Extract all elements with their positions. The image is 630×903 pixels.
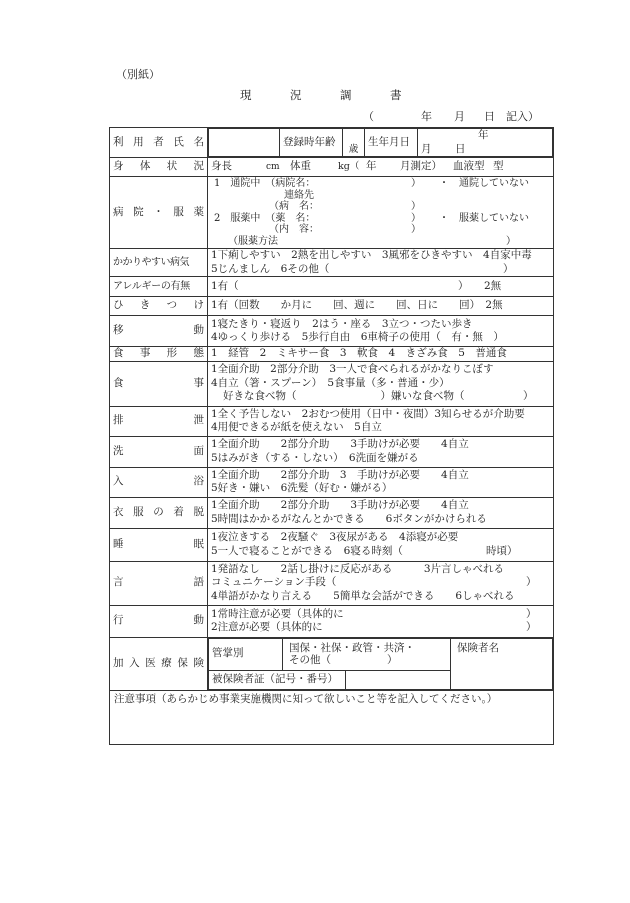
insurance-card-number-field[interactable]: [346, 670, 451, 689]
row-user-name: 利用者氏名 登録時年齢 歳 生年月日 年月日: [110, 128, 554, 158]
label-illness: かかりやすい病気: [110, 249, 208, 277]
title-char: 現: [240, 87, 290, 103]
behavior-field[interactable]: 1常時注意が必要（具体的に） 2注意が必要（具体的に）: [208, 605, 554, 637]
bathing-field[interactable]: 1全面介助 2部分介助 3 手助けが必要 4自立 5好き・嫌い 6洗髪（好む・嫌…: [208, 467, 554, 497]
medication-line: （内 容：）: [214, 224, 550, 236]
status-survey-form: 利用者氏名 登録時年齢 歳 生年月日 年月日 身体状況 身長cm体重kg（年月測…: [109, 127, 554, 745]
label-notes: 注意事項（あらかじめ事業実施機関に知って欲しいこと等を記入してください。）: [114, 693, 497, 705]
label-meal: 食事: [110, 361, 208, 406]
row-behavior: 行動 1常時注意が必要（具体的に） 2注意が必要（具体的に）: [110, 605, 554, 637]
row-bathing: 入浴 1全面介助 2部分介助 3 手助けが必要 4自立 5好き・嫌い 6洗髪（好…: [110, 467, 554, 497]
dressing-field[interactable]: 1全面介助 2部分介助 3手助けが必要 4自立 5時間はかかるがなんとかできる …: [208, 497, 554, 528]
medication-method-line: （服薬方法）: [214, 236, 550, 248]
hospital-field[interactable]: 1 通院中 （病院名：）・ 通院していない 連絡先 （病 名：） 2 服薬中 （…: [208, 177, 554, 249]
label-birth-date: 生年月日: [365, 129, 418, 157]
hospital-line: （病 名：）: [214, 201, 550, 213]
insurance-category-field[interactable]: 国保・社保・政管・共済・ その他（）: [283, 638, 451, 670]
title-char: 書: [390, 87, 440, 103]
row-sleep: 睡眠 1夜泣きする 2夜騒ぐ 3夜尿がある 4添寝が必要 5一人で寝ることができ…: [110, 528, 554, 561]
entry-day[interactable]: 日: [484, 108, 506, 124]
face-wash-field[interactable]: 1全面介助 2部分介助 3手助けが必要 4自立 5はみがき（する・しない） 6洗…: [208, 436, 554, 467]
label-hospital: 病院・服薬: [110, 177, 208, 249]
entry-date-line: （年月日記入）: [363, 108, 539, 124]
label-bathing: 入浴: [110, 467, 208, 497]
hospital-line: 1 通院中 （病院名：）・ 通院していない: [214, 178, 550, 190]
label-sleep: 睡眠: [110, 528, 208, 561]
label-insurance-category: 管掌別: [209, 638, 283, 670]
hospital-line: 連絡先: [214, 190, 550, 202]
label-seizure: ひきつけ: [110, 297, 208, 316]
title-char: 調: [340, 87, 390, 103]
row-meal-form: 食事形態 1 経管 2 ミキサー食 3 軟食 4 きざみ食 5 普通食: [110, 347, 554, 362]
row-physical: 身体状況 身長cm体重kg（年月測定）血液型型: [110, 158, 554, 177]
seizure-field[interactable]: 1有（回数 か月に 回、週に 回、日に 回） 2無: [208, 297, 554, 316]
row-mobility: 移動 1寝たきり・寝返り 2はう・座る 3立つ・つたい歩き 4ゆっくり歩ける 5…: [110, 316, 554, 347]
label-behavior: 行動: [110, 605, 208, 637]
row-illness: かかりやすい病気 1下痢しやすい 2熱を出しやすい 3風邪をひきやすい 4自家中…: [110, 249, 554, 277]
sleep-field[interactable]: 1夜泣きする 2夜騒ぐ 3夜尿がある 4添寝が必要 5一人で寝ることができる 6…: [208, 528, 554, 561]
label-allergy: アレルギーの有無: [110, 277, 208, 297]
label-excretion: 排泄: [110, 406, 208, 436]
illness-field[interactable]: 1下痢しやすい 2熱を出しやすい 3風邪をひきやすい 4自家中毒 5じんましん …: [208, 249, 554, 277]
entry-month[interactable]: 月: [454, 108, 484, 124]
insurer-name-field[interactable]: 保険者名: [451, 638, 553, 689]
row-notes: 注意事項（あらかじめ事業実施機関に知って欲しいこと等を記入してください。）: [110, 690, 554, 744]
row-face-wash: 洗面 1全面介助 2部分介助 3手助けが必要 4自立 5はみがき（する・しない）…: [110, 436, 554, 467]
label-registration-age: 登録時年齢: [280, 129, 343, 157]
notes-field[interactable]: 注意事項（あらかじめ事業実施機関に知って欲しいこと等を記入してください。）: [110, 690, 554, 744]
meal-form-field[interactable]: 1 経管 2 ミキサー食 3 軟食 4 きざみ食 5 普通食: [208, 347, 554, 362]
label-mobility: 移動: [110, 316, 208, 347]
row-hospital: 病院・服薬 1 通院中 （病院名：）・ 通院していない 連絡先 （病 名：） 2…: [110, 177, 554, 249]
label-face-wash: 洗面: [110, 436, 208, 467]
meal-field[interactable]: 1全面介助 2部分介助 3一人で食べられるがかなりこぼす 4自立（箸・スプーン）…: [208, 361, 554, 406]
label-physical: 身体状況: [110, 158, 208, 177]
label-dressing: 衣服の着脱: [110, 497, 208, 528]
physical-field[interactable]: 身長cm体重kg（年月測定）血液型型: [208, 158, 554, 177]
excretion-field[interactable]: 1全く予告しない 2おむつ使用（日中・夜間）3知らせるが介助要 4用便できるが紙…: [208, 406, 554, 436]
label-speech: 言語: [110, 561, 208, 605]
label-insurance-card: 被保険者証（記号・番号）: [209, 670, 346, 689]
row-insurance: 加入医療保険 管掌別 国保・社保・政管・共済・ その他（） 保険者名 被保険者証…: [110, 637, 554, 690]
title-char: 況: [290, 87, 340, 103]
label-insurance: 加入医療保険: [110, 637, 208, 690]
label-meal-form: 食事形態: [110, 347, 208, 362]
row-allergy: アレルギーの有無 1有（）2無: [110, 277, 554, 297]
row-speech: 言語 1発語なし 2話し掛けに反応がある 3片言しゃべれる コミュニケーション手…: [110, 561, 554, 605]
age-field[interactable]: 歳: [343, 129, 365, 157]
medication-line: 2 服薬中 （薬 名：）・ 服薬していない: [214, 213, 550, 225]
speech-field[interactable]: 1発語なし 2話し掛けに反応がある 3片言しゃべれる コミュニケーション手段（）…: [208, 561, 554, 605]
allergy-field[interactable]: 1有（）2無: [208, 277, 554, 297]
mobility-field[interactable]: 1寝たきり・寝返り 2はう・座る 3立つ・つたい歩き 4ゆっくり歩ける 5歩行自…: [208, 316, 554, 347]
attachment-note: （別紙）: [116, 66, 160, 82]
row-seizure: ひきつけ 1有（回数 か月に 回、週に 回、日に 回） 2無: [110, 297, 554, 316]
page-title: 現況調書: [240, 87, 440, 103]
row-dressing: 衣服の着脱 1全面介助 2部分介助 3手助けが必要 4自立 5時間はかかるがなん…: [110, 497, 554, 528]
row-excretion: 排泄 1全く予告しない 2おむつ使用（日中・夜間）3知らせるが介助要 4用便でき…: [110, 406, 554, 436]
user-name-field[interactable]: [209, 129, 280, 157]
entry-year[interactable]: 年: [421, 108, 454, 124]
label-user-name: 利用者氏名: [110, 128, 208, 158]
row-meal: 食事 1全面介助 2部分介助 3一人で食べられるがかなりこぼす 4自立（箸・スプ…: [110, 361, 554, 406]
birth-date-field[interactable]: 年月日: [418, 129, 553, 157]
